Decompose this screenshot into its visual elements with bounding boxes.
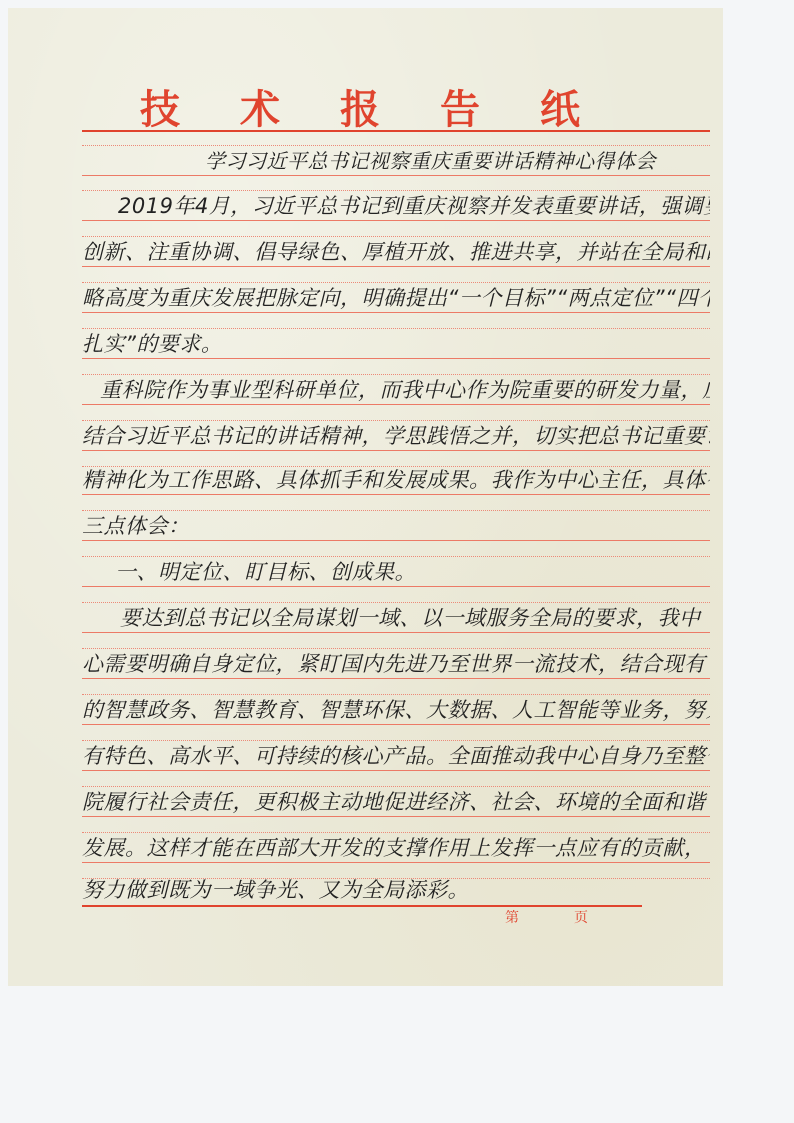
document-title: 学习习近平总书记视察重庆重要讲话精神心得体会 <box>205 146 710 176</box>
heading-char: 告 <box>440 78 480 135</box>
page-label-prefix: 第 <box>505 907 519 927</box>
text-line: 努力做到既为一域争光、又为全局添彩。 <box>82 875 710 905</box>
text-line: 结合习近平总书记的讲话精神，学思践悟之并，切实把总书记重要讲话 <box>82 421 710 451</box>
text-line: 的智慧政务、智慧教育、智慧环保、大数据、人工智能等业务，努力研发 <box>82 695 710 725</box>
text-line: 2019年4月，习近平总书记到重庆视察并发表重要讲话，强调要向 <box>118 191 710 221</box>
text-line: 略高度为重庆发展把脉定向，明确提出“一个目标”“两点定位”“四个 <box>82 283 710 313</box>
section-heading: 一、明定位、盯目标、创成果。 <box>115 557 710 587</box>
text-line: 精神化为工作思路、具体抓手和发展成果。我作为中心主任，具体有以下 <box>82 465 710 495</box>
text-line: 扎实”的要求。 <box>82 329 710 359</box>
heading-char: 术 <box>240 78 280 135</box>
text-line: 创新、注重协调、倡导绿色、厚植开放、推进共享，并站在全局和战 <box>82 237 710 267</box>
heading-char: 报 <box>340 78 380 135</box>
text-line: 发展。这样才能在西部大开发的支撑作用上发挥一点应有的贡献， <box>82 833 710 863</box>
heading-char: 技 <box>140 78 180 135</box>
header-rule <box>82 130 710 132</box>
page-label-suffix: 页 <box>574 907 588 927</box>
text-line: 重科院作为事业型科研单位，而我中心作为院重要的研发力量，应 <box>100 375 710 405</box>
text-line: 要达到总书记以全局谋划一域、以一域服务全局的要求，我中 <box>120 603 710 633</box>
text-line: 三点体会： <box>82 511 710 541</box>
footer-rule <box>82 905 642 907</box>
text-line: 心需要明确自身定位，紧盯国内先进乃至世界一流技术，结合现有 <box>82 649 710 679</box>
heading-char: 纸 <box>540 78 580 135</box>
text-line: 院履行社会责任，更积极主动地促进经济、社会、环境的全面和谐 <box>82 787 710 817</box>
text-line: 有特色、高水平、可持续的核心产品。全面推动我中心自身乃至整个重科 <box>82 741 710 771</box>
report-paper-heading: 技 术 报 告 纸 <box>140 78 580 135</box>
